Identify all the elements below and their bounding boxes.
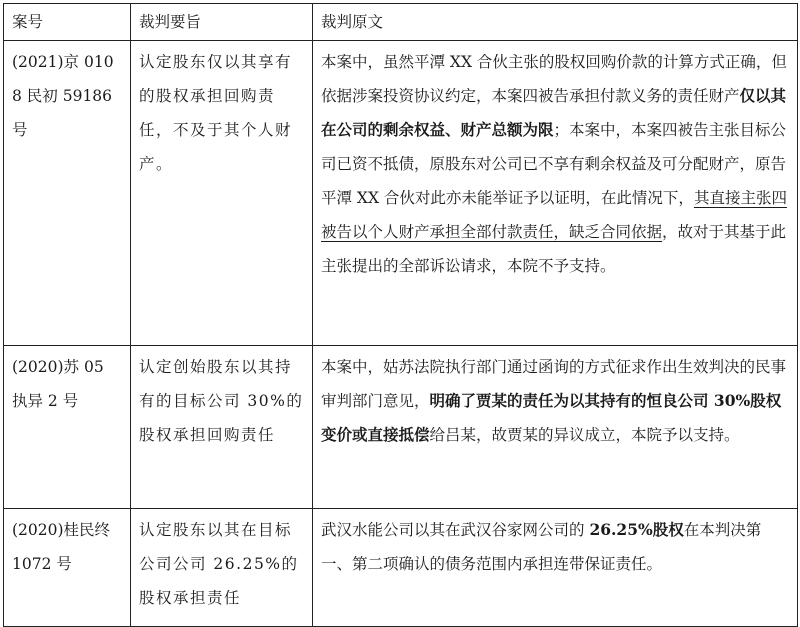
bold-text-segment: 26.25%股权 — [589, 520, 683, 539]
header-ruling-summary: 裁判要旨 — [131, 4, 313, 41]
table-row: (2020)苏 05 执异 2 号 认定创始股东以其持有的目标公司 30%的股权… — [4, 346, 798, 509]
ruling-summary-cell: 认定股东以其在目标公司公司 26.25%的股权承担责任 — [131, 509, 313, 627]
ruling-text-cell: 本案中，虽然平潭 XX 合伙主张的股权回购价款的计算方式正确，但依据涉案投资协议… — [313, 41, 798, 346]
ruling-summary-cell: 认定创始股东以其持有的目标公司 30%的股权承担回购责任 — [131, 346, 313, 509]
case-number-cell: (2020)桂民终 1072 号 — [4, 509, 131, 627]
ruling-text-cell: 武汉水能公司以其在武汉谷家网公司的 26.25%股权在本判决第一、第二项确认的债… — [313, 509, 798, 627]
judgment-table: 案号 裁判要旨 裁判原文 (2021)京 0108 民初 59186 号 认定股… — [3, 3, 798, 627]
header-ruling-text: 裁判原文 — [313, 4, 798, 41]
ruling-summary-cell: 认定股东仅以其享有的股权承担回购责任，不及于其个人财产。 — [131, 41, 313, 346]
text-segment: 给吕某，故贾某的异议成立，本院予以支持。 — [430, 426, 740, 444]
table-row: (2020)桂民终 1072 号 认定股东以其在目标公司公司 26.25%的股权… — [4, 509, 798, 627]
text-segment: 武汉水能公司以其在武汉谷家网公司的 — [321, 521, 589, 539]
text-segment: 本案中，虽然平潭 XX 合伙主张的股权回购价款的计算方式正确，但依据涉案投资协议… — [321, 53, 787, 105]
header-case-number: 案号 — [4, 4, 131, 41]
case-number-cell: (2021)京 0108 民初 59186 号 — [4, 41, 131, 346]
ruling-text-cell: 本案中，姑苏法院执行部门通过函询的方式征求作出生效判决的民事审判部门意见，明确了… — [313, 346, 798, 509]
case-number-cell: (2020)苏 05 执异 2 号 — [4, 346, 131, 509]
header-row: 案号 裁判要旨 裁判原文 — [4, 4, 798, 41]
table-row: (2021)京 0108 民初 59186 号 认定股东仅以其享有的股权承担回购… — [4, 41, 798, 346]
